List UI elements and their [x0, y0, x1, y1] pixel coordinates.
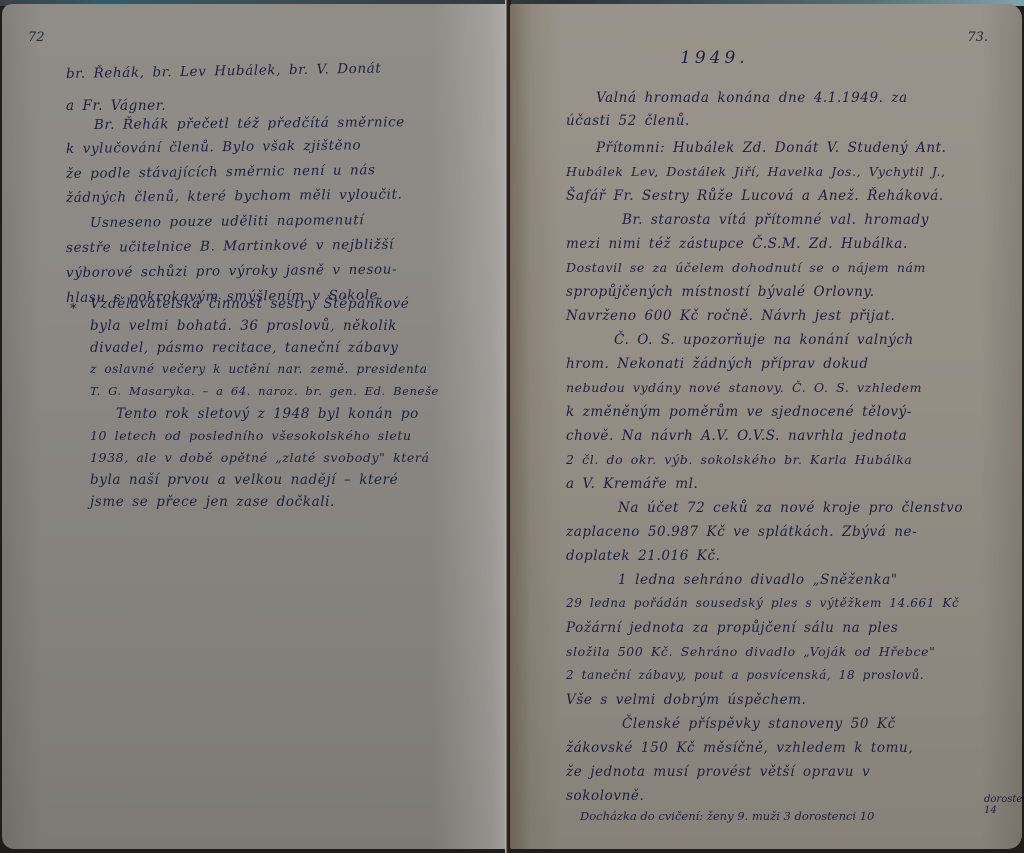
- asterisk-marker: *: [70, 302, 77, 317]
- text-line: sestře učitelnice B. Martinkové v nejbli…: [66, 237, 394, 256]
- left-paragraph-1: br. Řehák, br. Lev Hubálek, br. V. Donát…: [66, 66, 486, 286]
- text-line: jsme se přece jen zase dočkali.: [90, 494, 335, 510]
- text-line: Šafář Fr. Sestry Růže Lucová a Anež. Řeh…: [566, 188, 944, 204]
- text-line: Členské příspěvky stanoveny 50 Kč: [622, 716, 896, 732]
- text-line: Br. starosta vítá přítomné val. hromady: [622, 212, 929, 228]
- text-line: žákovské 150 Kč měsíčně, vzhledem k tomu…: [566, 740, 913, 756]
- text-line: Hubálek Lev, Dostálek Jiří, Havelka Jos.…: [566, 164, 946, 179]
- text-line: byla velmi bohatá. 36 proslovů, několik: [90, 318, 397, 334]
- text-line: doplatek 21.016 Kč.: [566, 548, 721, 564]
- text-line: nebudou vydány nové stanovy. Č. O. S. vz…: [566, 380, 922, 395]
- text-line: výborové schůzi pro výroky jasně v nesou…: [66, 262, 397, 281]
- text-line: 1938, ale v době opětné „zlaté svobody" …: [90, 450, 430, 465]
- attendance-line: Docházka do cvičení: ženy 9. muži 3 doro…: [580, 809, 874, 823]
- footer-annotation: dorostenky 14: [984, 794, 1022, 816]
- text-line: a Fr. Vágner.: [66, 98, 166, 114]
- text-line: hrom. Nekonati žádných příprav dokud: [566, 356, 869, 372]
- left-paragraph-2: Vzdělavatelská činnost sestry Štěpánkové…: [90, 296, 490, 496]
- text-line: že podle stávajících směrnic není u nás: [66, 162, 376, 182]
- text-line: 2 taneční zábavy, pout a posvícenská, 18…: [566, 668, 924, 682]
- page-number-right: 73.: [967, 30, 988, 45]
- text-line: Navrženo 600 Kč ročně. Návrh jest přijat…: [566, 308, 895, 324]
- text-line: zaplaceno 50.987 Kč ve splátkách. Zbývá …: [566, 524, 917, 540]
- text-line: Dostavil se za účelem dohodnutí se o náj…: [566, 260, 926, 275]
- text-line: 1 ledna sehráno divadlo „Sněženka": [618, 572, 898, 588]
- text-line: k změněným poměrům ve sjednocené tělový-: [566, 404, 912, 420]
- text-line: Přítomni: Hubálek Zd. Donát V. Studený A…: [596, 140, 947, 156]
- text-line: 10 letech od posledního všesokolského sl…: [90, 428, 412, 443]
- year-heading: 1949.: [680, 48, 749, 68]
- text-line: Vzdělavatelská činnost sestry Štěpánkové: [90, 296, 409, 312]
- right-page: 73. 1949. Valná hromada konána dne 4.1.1…: [510, 4, 1022, 849]
- text-line: účasti 52 členů.: [566, 113, 690, 129]
- text-line: mezi nimi též zástupce Č.S.M. Zd. Hubálk…: [566, 236, 908, 252]
- text-line: chově. Na návrh A.V. O.V.S. navrhla jedn…: [566, 428, 907, 444]
- text-line: Č. O. S. upozorňuje na konání valných: [614, 332, 914, 348]
- text-line: žádných členů, které bychom měli vylouči…: [66, 186, 403, 206]
- text-line: 29 ledna pořádán sousedský ples s výtěžk…: [566, 596, 959, 610]
- text-line: Vše s velmi dobrým úspěchem.: [566, 692, 807, 708]
- text-line: Požární jednota za propůjčení sálu na pl…: [566, 620, 898, 636]
- text-line: T. G. Masaryka. – a 64. naroz. br. gen. …: [90, 384, 439, 398]
- text-line: složila 500 Kč. Sehráno divadlo „Voják o…: [566, 644, 935, 659]
- text-line: Br. Řehák přečetl též předčítá směrnice: [94, 114, 405, 133]
- text-line: Na účet 72 ceků za nové kroje pro členst…: [618, 500, 963, 516]
- text-line: Tento rok sletový z 1948 byl konán po: [116, 406, 419, 422]
- right-body: Valná hromada konána dne 4.1.1949. za úč…: [566, 90, 1006, 830]
- text-line: spropůjčených místností bývalé Orlovny.: [566, 284, 875, 300]
- text-line: divadel, pásmo recitace, taneční zábavy: [90, 340, 398, 356]
- text-line: k vylučování členů. Bylo však zjištěno: [66, 137, 361, 157]
- text-line: Valná hromada konána dne 4.1.1949. za: [596, 90, 908, 106]
- page-number-left: 72: [28, 30, 45, 45]
- text-line: a V. Kremáře ml.: [566, 476, 698, 492]
- text-line: z oslavné večery k uctění nar. země. pre…: [90, 362, 427, 376]
- text-line: 2 čl. do okr. výb. sokolského br. Karla …: [566, 452, 912, 467]
- text-line: byla naší prvou a velkou nadějí – které: [90, 472, 398, 488]
- text-line: Usneseno pouze uděliti napomenutí: [90, 212, 364, 231]
- text-line: sokolovně.: [566, 788, 644, 804]
- left-page: 72 br. Řehák, br. Lev Hubálek, br. V. Do…: [2, 4, 507, 849]
- text-line: že jednota musí provést větší opravu v: [566, 764, 870, 780]
- text-line: br. Řehák, br. Lev Hubálek, br. V. Donát: [66, 60, 382, 82]
